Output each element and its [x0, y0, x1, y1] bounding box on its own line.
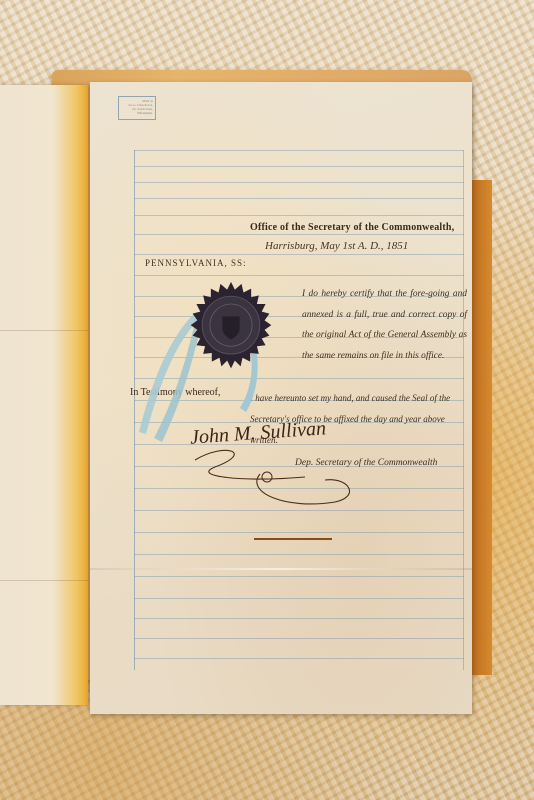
office-heading: Office of the Secretary of the Commonwea… [250, 222, 454, 233]
signatory-title: Dep. Secretary of the Commonwealth [295, 458, 437, 468]
certification-text: I do hereby certify that the fore-going … [302, 284, 467, 366]
horizontal-fold [90, 568, 472, 570]
embossed-seal [183, 280, 279, 376]
printer-stamp: Made by Jas. G. Clark & Son, No. South S… [118, 96, 156, 120]
dateline: Harrisburg, May 1st A. D., 1851 [265, 240, 408, 252]
certified-document: Made by Jas. G. Clark & Son, No. South S… [90, 82, 472, 714]
closing-rule [254, 538, 332, 540]
folder-spine-edge [470, 180, 492, 675]
fold-crease [0, 330, 88, 331]
fold-crease [0, 580, 88, 581]
left-facing-page [0, 85, 88, 705]
state-caption: PENNSYLVANIA, SS: [145, 258, 247, 268]
